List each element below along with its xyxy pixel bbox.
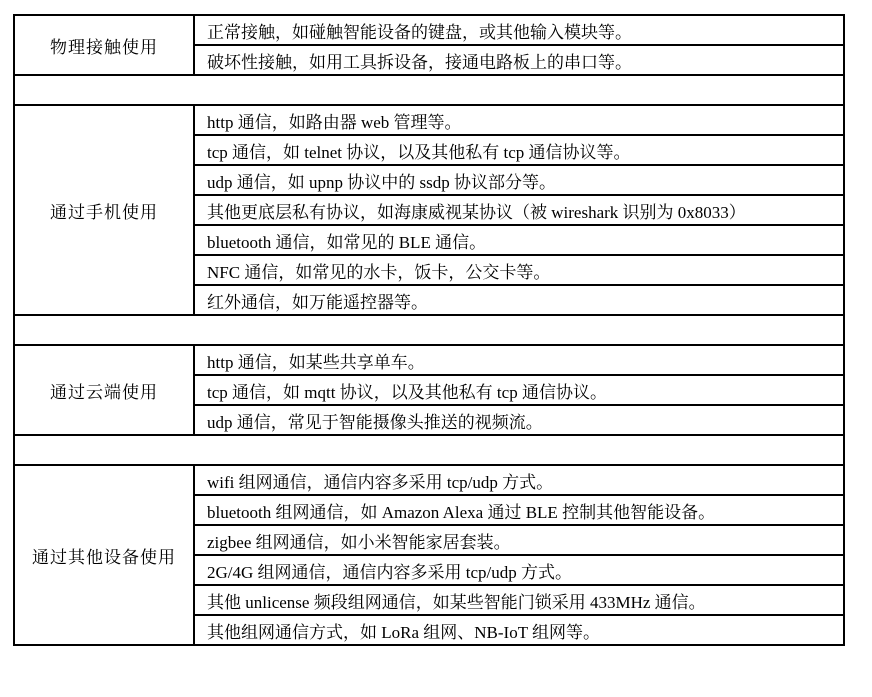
- separator-row: [14, 75, 844, 105]
- usage-item-cell: bluetooth 通信，如常见的 BLE 通信。: [194, 225, 844, 255]
- usage-item-cell: 正常接触，如碰触智能设备的键盘，或其他输入模块等。: [194, 15, 844, 45]
- usage-item-cell: tcp 通信，如 telnet 协议，以及其他私有 tcp 通信协议等。: [194, 135, 844, 165]
- category-label-via-cloud: 通过云端使用: [14, 345, 194, 435]
- usage-item-cell: tcp 通信，如 mqtt 协议，以及其他私有 tcp 通信协议。: [194, 375, 844, 405]
- table-row: 通过其他设备使用 wifi 组网通信，通信内容多采用 tcp/udp 方式。: [14, 465, 844, 495]
- separator-row: [14, 315, 844, 345]
- category-label-via-phone: 通过手机使用: [14, 105, 194, 315]
- usage-item-cell: 破坏性接触，如用工具拆设备，接通电路板上的串口等。: [194, 45, 844, 75]
- separator-cell: [14, 75, 844, 105]
- usage-item-cell: udp 通信，常见于智能摄像头推送的视频流。: [194, 405, 844, 435]
- usage-item-cell: 其他更底层私有协议，如海康威视某协议（被 wireshark 识别为 0x803…: [194, 195, 844, 225]
- usage-item-cell: bluetooth 组网通信，如 Amazon Alexa 通过 BLE 控制其…: [194, 495, 844, 525]
- usage-item-cell: wifi 组网通信，通信内容多采用 tcp/udp 方式。: [194, 465, 844, 495]
- category-label-via-other-devices: 通过其他设备使用: [14, 465, 194, 645]
- usage-item-cell: http 通信，如路由器 web 管理等。: [194, 105, 844, 135]
- usage-item-cell: 其他组网通信方式，如 LoRa 组网、NB-IoT 组网等。: [194, 615, 844, 645]
- separator-row: [14, 435, 844, 465]
- table-row: 通过手机使用 http 通信，如路由器 web 管理等。: [14, 105, 844, 135]
- usage-item-cell: 红外通信，如万能遥控器等。: [194, 285, 844, 315]
- usage-item-cell: 2G/4G 组网通信，通信内容多采用 tcp/udp 方式。: [194, 555, 844, 585]
- usage-item-cell: NFC 通信，如常见的水卡，饭卡，公交卡等。: [194, 255, 844, 285]
- category-label-physical-contact: 物理接触使用: [14, 15, 194, 75]
- usage-item-cell: udp 通信，如 upnp 协议中的 ssdp 协议部分等。: [194, 165, 844, 195]
- separator-cell: [14, 435, 844, 465]
- table-row: 物理接触使用 正常接触，如碰触智能设备的键盘，或其他输入模块等。: [14, 15, 844, 45]
- separator-cell: [14, 315, 844, 345]
- usage-item-cell: 其他 unlicense 频段组网通信，如某些智能门锁采用 433MHz 通信。: [194, 585, 844, 615]
- iot-usage-table: 物理接触使用 正常接触，如碰触智能设备的键盘，或其他输入模块等。 破坏性接触，如…: [13, 14, 845, 646]
- usage-item-cell: http 通信，如某些共享单车。: [194, 345, 844, 375]
- table-row: 通过云端使用 http 通信，如某些共享单车。: [14, 345, 844, 375]
- usage-item-cell: zigbee 组网通信，如小米智能家居套装。: [194, 525, 844, 555]
